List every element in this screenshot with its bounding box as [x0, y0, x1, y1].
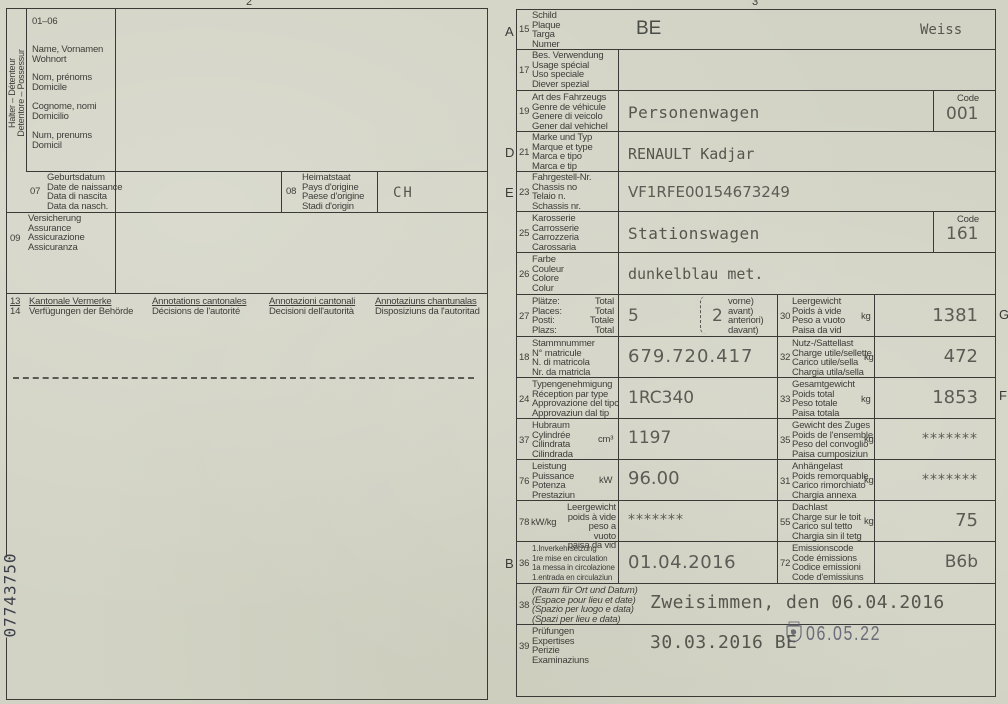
power-code: 76 [519, 477, 529, 487]
insurance-label: VersicherungAssuranceAssicurazioneAssicu… [28, 214, 85, 252]
annotations-de: Kantonale VermerkeVerfügungen der Behörd… [29, 297, 133, 316]
power-weight-code: 78 [519, 518, 529, 528]
payload-code: 32 [780, 353, 790, 363]
holder-label-rm: Num, prenumsDomicil [32, 131, 92, 150]
holder-label-fr: Nom, prénomsDomicile [32, 73, 92, 92]
color-value: dunkelblau met. [628, 265, 763, 283]
special-use-code: 17 [519, 66, 529, 76]
chassis-value: VF1RFE00154673249 [628, 183, 790, 201]
total-weight-value: 1853 [880, 387, 978, 408]
displacement-value: 1197 [628, 428, 671, 448]
seats-front-label: vorne)avant)anteriori)davant) [728, 297, 764, 335]
train-weight-label: Gewicht des ZugesPoids de l'ensemblePeso… [792, 421, 873, 459]
chassis-label: Fahrgestell-Nr.Chassis noTelaio n.Schass… [532, 173, 591, 211]
trailer-load-unit: kg [864, 476, 874, 486]
plate-code: 15 [519, 25, 529, 35]
roof-load-value: 75 [880, 510, 978, 531]
holder-value-field[interactable] [118, 12, 484, 168]
matriculation-value: 679.720.417 [628, 346, 754, 367]
make-model-label: Marke und TypMarque et typeMarca e tipoM… [532, 133, 593, 171]
color-label: FarbeCouleurColoreColur [532, 255, 564, 293]
power-label: LeistungPuissancePotenzaPrestaziun [532, 462, 575, 500]
displacement-code: 37 [519, 436, 529, 446]
side-letter-d: D [505, 145, 514, 160]
type-approval-label: TypengenehmigungRéception par typeApprov… [532, 380, 619, 418]
empty-weight-value: 1381 [880, 305, 978, 326]
power-unit: kW [599, 476, 612, 486]
vehicle-type-value: Personenwagen [628, 103, 760, 122]
seats-total-label: TotalTotalTotaleTotal [586, 297, 614, 335]
birthdate-value[interactable] [118, 174, 278, 210]
holder-label-it: Cognome, nomiDomicilio [32, 102, 96, 121]
inspections-code: 39 [519, 642, 529, 652]
train-weight-unit: kg [864, 435, 874, 445]
trailer-load-code: 31 [780, 477, 790, 487]
plate-color: Weiss [920, 22, 962, 38]
vehicle-type-code: 19 [519, 107, 529, 117]
total-weight-unit: kg [861, 395, 871, 405]
roof-load-unit: kg [864, 517, 874, 527]
origin-value: CH [393, 185, 414, 201]
make-model-code: 21 [519, 148, 529, 158]
inspections-value: 30.03.2016 BE [650, 632, 797, 653]
bern-coat-of-arms-icon [785, 621, 803, 643]
displacement-unit: cm³ [598, 435, 613, 445]
annotations-rm: Annotaziuns chantunalasDisposiziuns da l… [375, 297, 480, 316]
side-letter-g: G [999, 307, 1008, 322]
vehicle-type-code-value: 001 [946, 104, 978, 124]
body-label: KarosserieCarrosserieCarrozzeriaCarossar… [532, 214, 579, 252]
annotations-codes: 1314 [10, 297, 20, 316]
side-letter-a: A [505, 24, 514, 39]
origin-label: HeimatstaatPays d'originePaese d'origine… [302, 173, 364, 211]
insurance-code: 09 [10, 234, 20, 244]
page-number-right: 3 [752, 0, 758, 8]
annotations-area[interactable] [10, 320, 484, 695]
matriculation-label: StammnummerN° matriculeN. di matricolaNr… [532, 339, 595, 377]
vehicle-type-label: Art des FahrzeugsGenre de véhiculeGenere… [532, 93, 608, 131]
power-weight-unit: kW/kg [531, 518, 556, 528]
place-date-value: Zweisimmen, den 06.04.2016 [650, 592, 945, 613]
roof-load-label: DachlastCharge sur le toitCarico sul tet… [792, 503, 862, 541]
emission-code-code: 72 [780, 559, 790, 569]
holder-label-de: Name, VornamenWohnort [32, 45, 103, 64]
place-date-label: (Raum für Ort und Datum)(Espace pour lie… [532, 586, 638, 624]
trailer-load-label: AnhängelastPoids remorquableCarico rimor… [792, 462, 868, 500]
inspections-label: PrüfungenExpertisesPerizieExaminaziuns [532, 627, 589, 665]
annotations-fr: Annotations cantonalesDécisions de l'aut… [152, 297, 246, 316]
color-code: 26 [519, 270, 529, 280]
first-registration-value: 01.04.2016 [628, 552, 736, 573]
serial-number: 07743750 [1, 558, 20, 638]
displacement-label: HubraumCylindréeCilindrataCilindrada [532, 421, 573, 459]
seats-label: Plätze:Places:Posti:Plazs: [532, 297, 562, 335]
place-date-code: 38 [519, 601, 529, 611]
payload-unit: kg [864, 353, 874, 363]
body-code: 25 [519, 229, 529, 239]
power-weight-value: ******* [628, 512, 684, 528]
roof-load-code: 55 [780, 518, 790, 528]
chassis-code: 23 [519, 188, 529, 198]
empty-weight-code: 30 [780, 312, 790, 322]
plate-canton: BE [636, 18, 661, 40]
plate-label: SchildPlaqueTargaNumer [532, 11, 560, 49]
side-letter-f: F [999, 388, 1007, 403]
empty-weight-unit: kg [861, 312, 871, 322]
page-number-left: 2 [246, 0, 252, 8]
payload-label: Nutz-/SattellastCharge utile/selletteCar… [792, 339, 872, 377]
origin-code: 08 [286, 187, 296, 197]
matriculation-code: 18 [519, 353, 529, 363]
first-registration-code: 36 [519, 559, 529, 569]
side-letter-b: B [505, 556, 514, 571]
birthdate-code: 07 [30, 187, 40, 197]
holder-vertical-label: Halter – Détenteur Detentore – Possessur [8, 38, 26, 148]
birthdate-label: GeburtsdatumDate de naissanceData di nas… [47, 173, 122, 211]
vehicle-type-code-label: Code [957, 94, 979, 104]
type-approval-code: 24 [519, 395, 529, 405]
special-use-label: Bes. VerwendungUsage spécialUso speciale… [532, 51, 603, 89]
trailer-load-value: ******* [880, 472, 978, 488]
make-model-value: RENAULT Kadjar [628, 145, 754, 163]
empty-weight-label: LeergewichtPoids à videPeso a vuotoPaisa… [792, 297, 845, 335]
body-value: Stationswagen [628, 224, 760, 243]
power-value: 96.00 [628, 468, 680, 489]
total-weight-label: GesamtgewichtPoids totalPeso totalePaisa… [792, 380, 855, 418]
payload-value: 472 [880, 346, 978, 367]
type-approval-value: 1RC340 [628, 388, 694, 408]
emission-code-label: EmissionscodeCode émissionsCodice emissi… [792, 544, 863, 582]
holder-field-code: 01–06 [32, 17, 57, 27]
train-weight-value: ******* [880, 431, 978, 447]
body-code-value: 161 [946, 224, 978, 244]
total-weight-code: 33 [780, 395, 790, 405]
inspection-stamp-date: 06.05.22 [806, 623, 881, 646]
annotations-it: Annotazioni cantonaliDecisioni dell'auto… [269, 297, 355, 316]
seats-code: 27 [519, 312, 529, 322]
first-registration-label: 1.Inverkehrsetzung1re mise en circulatio… [532, 544, 615, 582]
seats-value: 5 [628, 306, 639, 326]
insurance-value[interactable] [118, 215, 484, 290]
seats-brace [700, 296, 707, 334]
side-letter-e: E [505, 185, 514, 200]
emission-code-value: B6b [880, 552, 978, 572]
train-weight-code: 35 [780, 436, 790, 446]
seats-front-value: 2 [712, 306, 723, 326]
